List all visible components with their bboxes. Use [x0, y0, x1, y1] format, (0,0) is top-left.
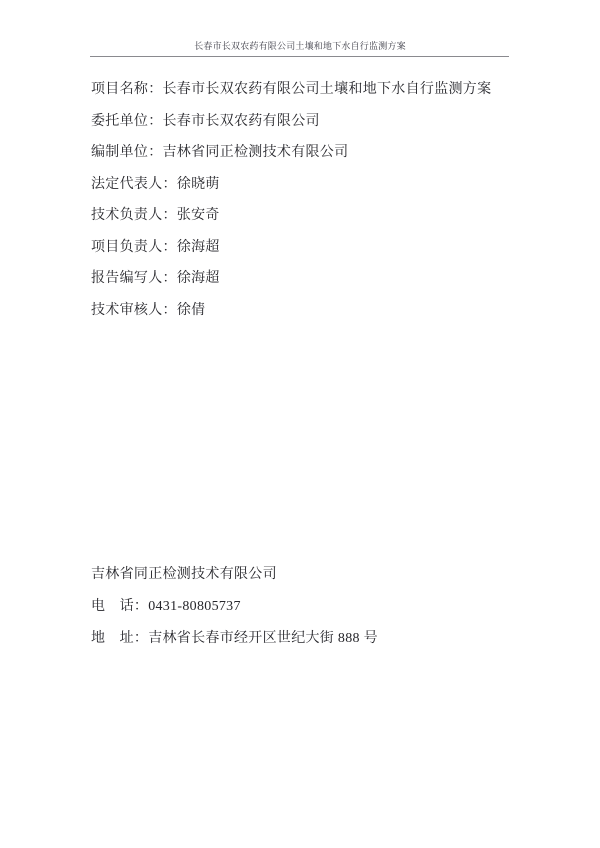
field-label: 委托单位： [91, 114, 163, 129]
field-row-compiling-unit: 编制单位：吉林省同正检测技术有限公司 [91, 137, 560, 169]
phone-line: 电 话：0431-80805737 [91, 591, 560, 623]
company-name-text: 吉林省同正检测技术有限公司 [91, 567, 277, 582]
running-header-title: 长春市长双农药有限公司土壤和地下水自行监测方案 [0, 39, 600, 52]
field-value: 徐海超 [177, 271, 220, 286]
phone-number: 0431-80805737 [148, 599, 241, 614]
field-value: 吉林省同正检测技术有限公司 [163, 145, 349, 160]
field-value: 徐倩 [177, 303, 206, 318]
field-value: 长春市长双农药有限公司土壤和地下水自行监测方案 [163, 82, 492, 97]
field-value: 张安奇 [177, 208, 220, 223]
address-text: 吉林省长春市经开区世纪大街 888 号 [148, 631, 378, 646]
field-label: 技术负责人： [91, 208, 177, 223]
field-row-technical-reviewer: 技术审核人：徐倩 [91, 295, 560, 327]
field-row-legal-representative: 法定代表人：徐晓萌 [91, 169, 560, 201]
field-label: 项目负责人： [91, 240, 177, 255]
field-row-client-unit: 委托单位：长春市长双农药有限公司 [91, 106, 560, 138]
address-line: 地 址：吉林省长春市经开区世纪大街 888 号 [91, 623, 560, 655]
contact-block: 吉林省同正检测技术有限公司 电 话：0431-80805737 地 址：吉林省长… [91, 559, 560, 655]
field-row-project-name: 项目名称：长春市长双农药有限公司土壤和地下水自行监测方案 [91, 74, 560, 106]
field-row-technical-director: 技术负责人：张安奇 [91, 200, 560, 232]
phone-label: 电 话： [91, 599, 148, 614]
field-label: 技术审核人： [91, 303, 177, 318]
address-label: 地 址： [91, 631, 148, 646]
field-value: 长春市长双农药有限公司 [163, 114, 320, 129]
document-page: 长春市长双农药有限公司土壤和地下水自行监测方案 项目名称：长春市长双农药有限公司… [0, 0, 600, 848]
field-row-project-director: 项目负责人：徐海超 [91, 232, 560, 264]
title-page-fields: 项目名称：长春市长双农药有限公司土壤和地下水自行监测方案 委托单位：长春市长双农… [91, 74, 560, 326]
field-value: 徐海超 [177, 240, 220, 255]
company-name: 吉林省同正检测技术有限公司 [91, 559, 560, 591]
field-label: 法定代表人： [91, 177, 177, 192]
field-label: 编制单位： [91, 145, 163, 160]
field-row-report-writer: 报告编写人：徐海超 [91, 263, 560, 295]
field-value: 徐晓萌 [177, 177, 220, 192]
field-label: 项目名称： [91, 82, 163, 97]
header-rule [90, 56, 509, 57]
field-label: 报告编写人： [91, 271, 177, 286]
